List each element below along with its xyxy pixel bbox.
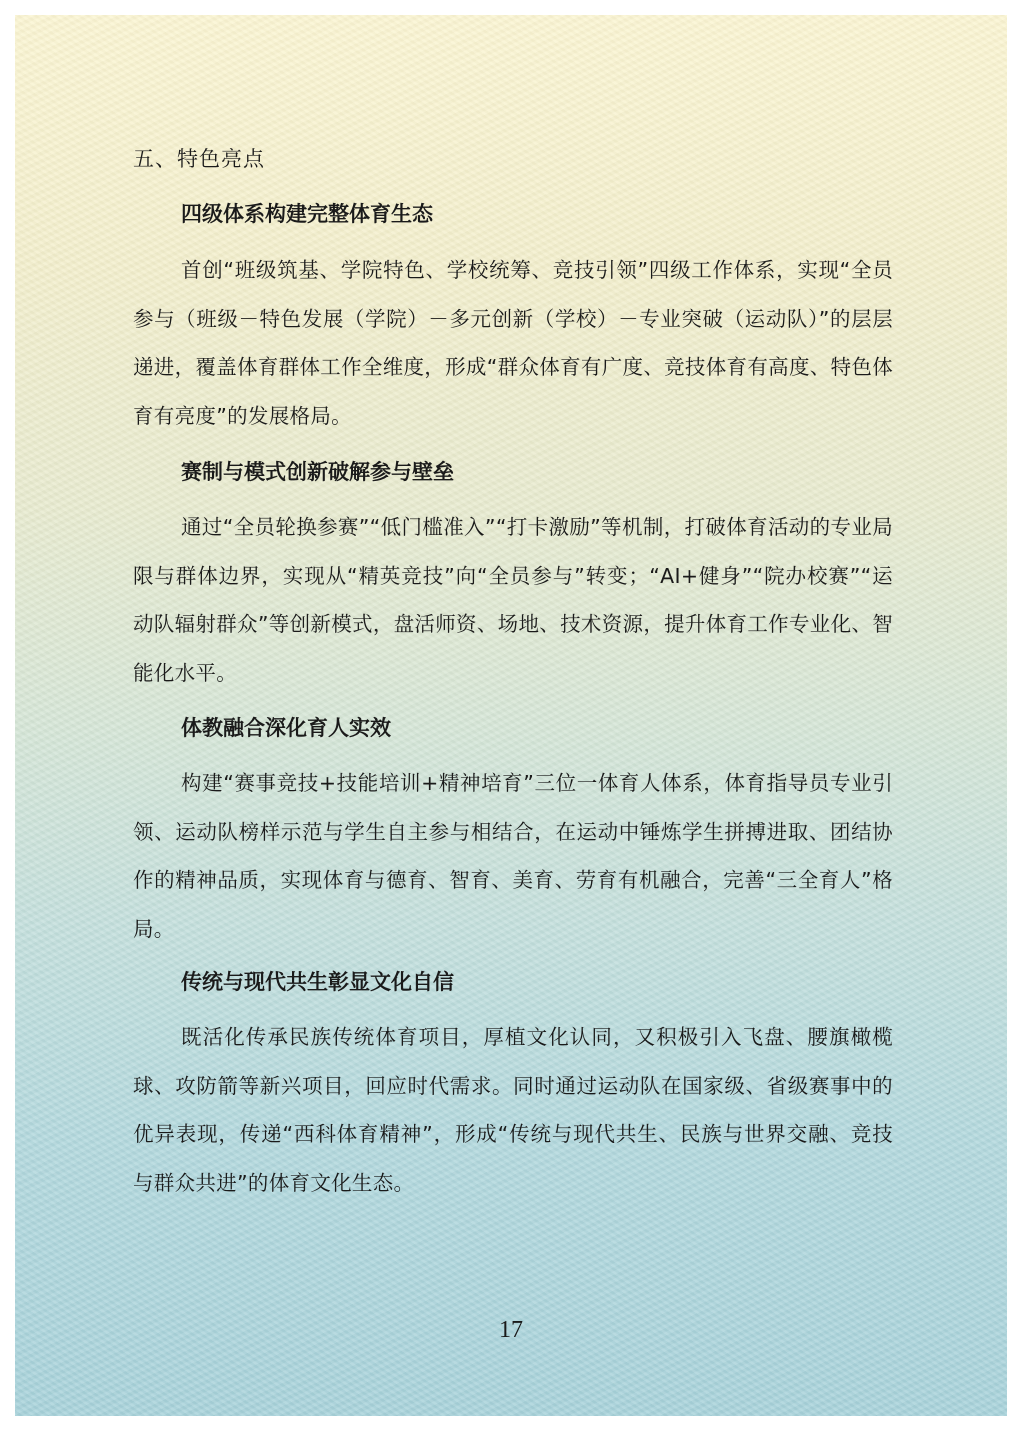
subsection-paragraph-2: 通过“全员轮换参赛”“低门槛准入”“打卡激励”等机制，打破体育活动的专业局限与群… xyxy=(133,503,893,698)
section-title: 五、特色亮点 xyxy=(133,143,265,173)
subsection-heading-2: 赛制与模式创新破解参与壁垒 xyxy=(181,456,454,486)
page-number: 17 xyxy=(15,1317,1007,1344)
subsection-heading-3: 体教融合深化育人实效 xyxy=(181,712,391,742)
subsection-paragraph-1: 首创“班级筑基、学院特色、学校统筹、竞技引领”四级工作体系，实现“全员参与（班级… xyxy=(133,246,893,441)
subsection-paragraph-3: 构建“赛事竞技+技能培训+精神培育”三位一体育人体系，体育指导员专业引领、运动队… xyxy=(133,759,893,954)
subsection-paragraph-4: 既活化传承民族传统体育项目，厚植文化认同，又积极引入飞盘、腰旗橄榄球、攻防箭等新… xyxy=(133,1013,893,1208)
document-page: 五、特色亮点 四级体系构建完整体育生态 首创“班级筑基、学院特色、学校统筹、竞技… xyxy=(15,15,1007,1416)
subsection-heading-1: 四级体系构建完整体育生态 xyxy=(181,198,433,228)
subsection-heading-4: 传统与现代共生彰显文化自信 xyxy=(181,966,454,996)
